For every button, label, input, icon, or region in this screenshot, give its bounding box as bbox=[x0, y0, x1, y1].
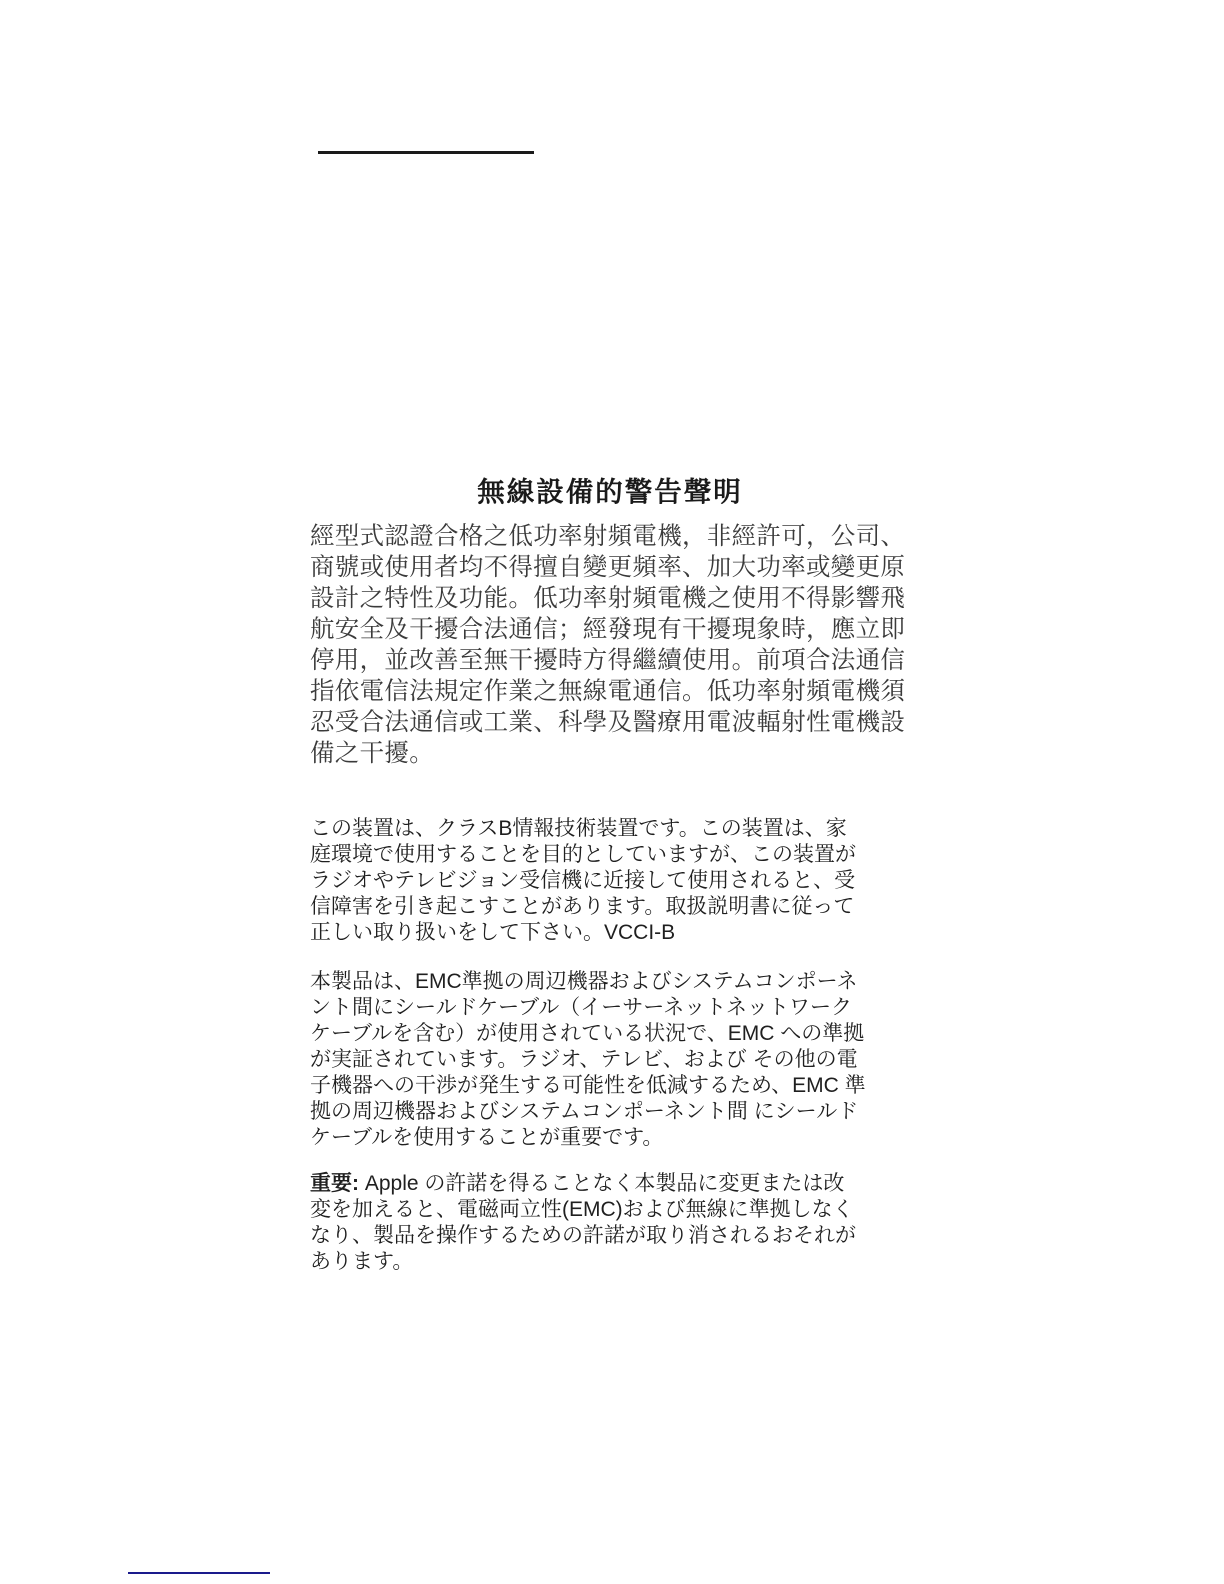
important-label: 重要: bbox=[310, 1172, 365, 1195]
vcci-notice-paragraph: この装置は、クラスB情報技術装置です。この装置は、家 庭環境で使用することを目的… bbox=[310, 816, 876, 946]
ncc-warning-paragraph: 經型式認證合格之低功率射頻電機，非經許可，公司、 商號或使用者均不得擅自變更頻率… bbox=[310, 521, 914, 769]
header-rule bbox=[318, 151, 534, 154]
important-text: Apple の許諾を得ることなく本製品に変更または改 変を加えると、電磁両立性(… bbox=[310, 1172, 856, 1273]
important-notice-paragraph: 重要: Apple の許諾を得ることなく本製品に変更または改 変を加えると、電磁… bbox=[310, 1171, 876, 1275]
emc-notice-paragraph: 本製品は、EMC準拠の周辺機器およびシステムコンポーネ ント間にシールドケーブル… bbox=[310, 969, 876, 1151]
document-page: 無線設備的警告聲明 經型式認證合格之低功率射頻電機，非經許可，公司、 商號或使用… bbox=[0, 0, 1224, 1584]
footer-rule bbox=[128, 1572, 270, 1574]
page-title: 無線設備的警告聲明 bbox=[310, 476, 910, 508]
